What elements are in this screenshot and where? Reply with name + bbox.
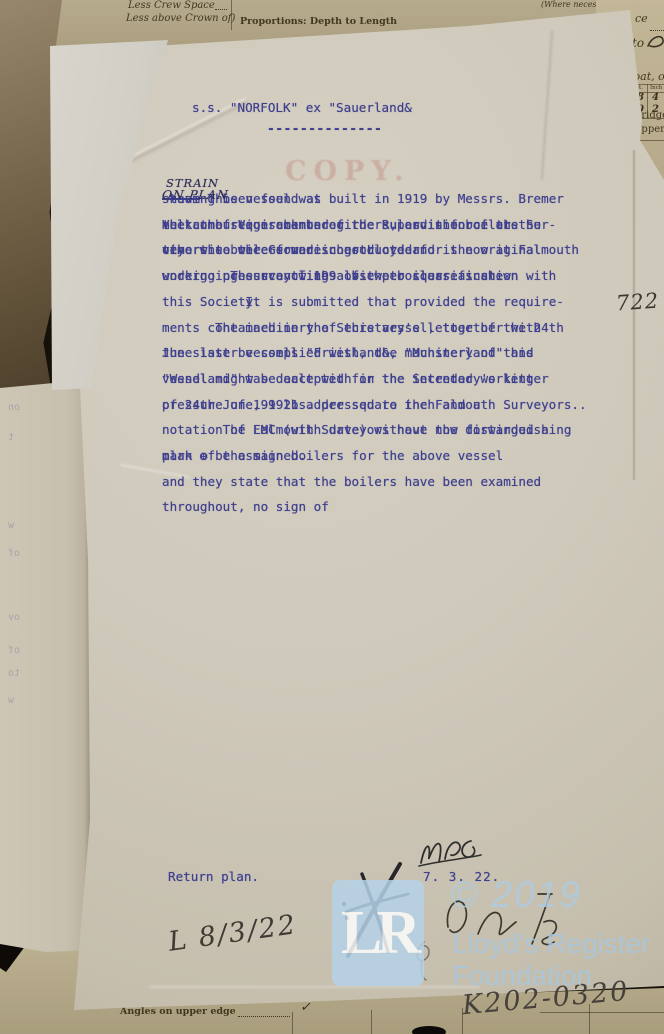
body-text-part: meet the requirements of the Rules in fo… bbox=[162, 186, 571, 469]
copy-stamp: COPY. bbox=[285, 156, 411, 187]
ghost-text: w bbox=[8, 695, 14, 706]
handwritten-checkmark: ✓ bbox=[300, 1000, 311, 1015]
handwritten-monogram bbox=[338, 860, 418, 960]
return-plan-note: Return plan. bbox=[168, 869, 259, 884]
dotted-leader bbox=[238, 1008, 290, 1017]
paper-crease bbox=[541, 30, 553, 180]
paper-crease bbox=[150, 986, 480, 988]
ink-blot bbox=[412, 1026, 446, 1034]
ghost-text: ov bbox=[8, 612, 20, 623]
document-photo: Less Crew Space Less above Crown of) Pro… bbox=[0, 0, 664, 1034]
ghost-text: to bbox=[8, 668, 20, 679]
ghost-text: on bbox=[8, 402, 20, 413]
ghost-text: of bbox=[8, 548, 20, 559]
ghost-text: w bbox=[8, 520, 14, 531]
ghost-text-strip: on t w of ov of to w bbox=[0, 0, 40, 1034]
paper-crease bbox=[633, 150, 635, 480]
ghost-text: t bbox=[8, 432, 14, 443]
handwritten-edge-number: 722 bbox=[615, 289, 660, 316]
pencil-squiggle bbox=[410, 938, 436, 982]
surveyor-initials-signature bbox=[415, 835, 485, 870]
title-underline: -------------- bbox=[267, 122, 382, 137]
ghost-text: of bbox=[8, 645, 20, 656]
handwritten-scribble bbox=[440, 882, 570, 962]
letter-title: s.s. "NORFOLK" ex "Sauerland& bbox=[192, 100, 412, 115]
form-label-angles: Angles on upper edge bbox=[120, 1006, 236, 1017]
